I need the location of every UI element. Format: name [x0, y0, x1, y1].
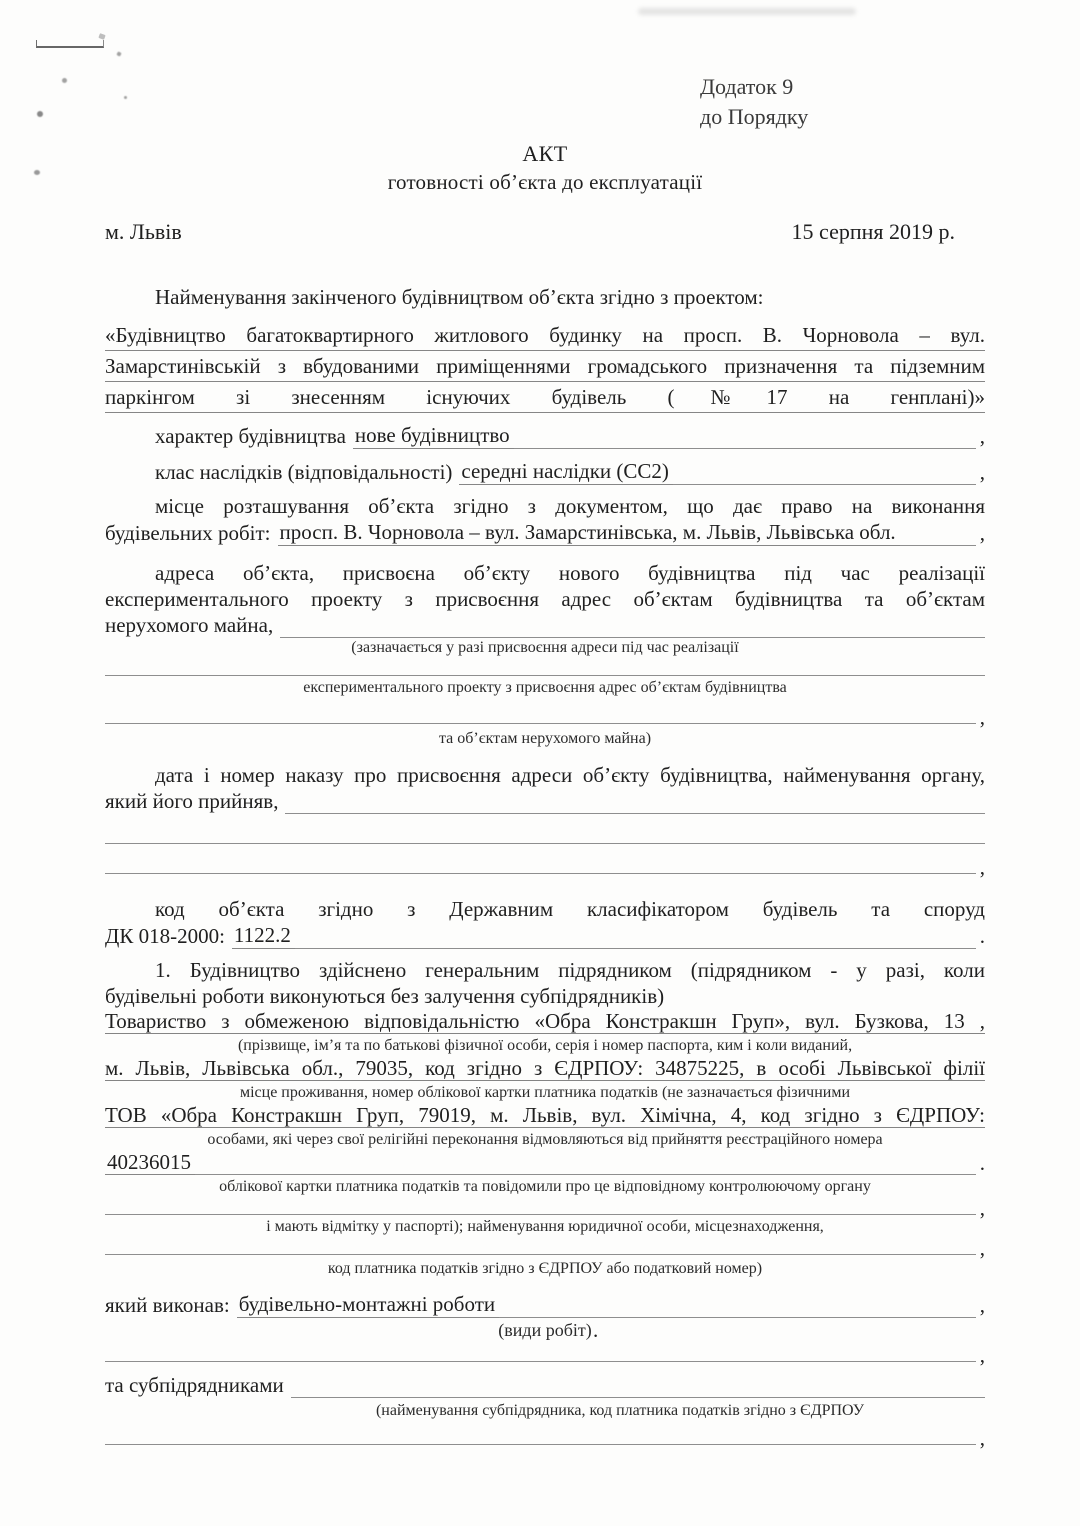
blank-line-3 — [105, 820, 985, 844]
place-date-row: м. Львів 15 серпня 2019 р. — [105, 218, 985, 246]
trailing-comma: , — [976, 1348, 985, 1362]
blank-rule — [105, 723, 976, 724]
class-blank — [673, 484, 976, 485]
location-line-1: місце розташування об’єкта згідно з доку… — [105, 493, 985, 519]
location-blank — [900, 545, 976, 546]
blank-rule — [105, 1254, 976, 1255]
hint-religious: особами, які через свої релігійні переко… — [105, 1130, 985, 1150]
hint-residence: місце проживання, номер облікової картки… — [105, 1083, 985, 1103]
trailing-comma: , — [976, 423, 985, 449]
class-row: клас наслідків (відповідальності) середн… — [105, 458, 985, 485]
place-label: м. Львів — [105, 218, 182, 246]
character-blank — [514, 448, 976, 449]
order-row: який його прийняв, — [105, 788, 985, 814]
hint-passport-mark: і мають відмітку у паспорті); найменуван… — [105, 1217, 985, 1237]
location-value: просп. В. Чорновола – вул. Замарстинівсь… — [278, 519, 900, 546]
document-body: АКТ готовності об’єкта до експлуатації м… — [105, 0, 985, 1445]
hint-taxcard: облікової картки платника податків та по… — [105, 1177, 985, 1197]
scan-speck — [62, 78, 67, 83]
subcontractor-row: та субпідрядниками — [105, 1372, 985, 1398]
stray-dot: . — [593, 1318, 598, 1343]
location-label: будівельних робіт: — [105, 520, 278, 546]
contractor-line-3: ТОВ «Обра Констракшн Груп, 79019, м. Льв… — [105, 1103, 985, 1128]
works-label: який виконав: — [105, 1292, 237, 1318]
contractor-code-value: 40236015 — [105, 1150, 195, 1175]
trailing-comma: , — [976, 860, 985, 874]
character-value: нове будівництво — [353, 422, 514, 449]
scan-speck — [37, 111, 43, 117]
address-row: нерухомого майна, — [105, 612, 985, 638]
hint-passport: (прізвище, ім’я та по батькові фізичної … — [105, 1036, 985, 1056]
blank-line-7: , — [105, 1344, 985, 1362]
subcontractor-label: та субпідрядниками — [105, 1372, 291, 1398]
address-label: нерухомого майна, — [105, 612, 280, 638]
address-hint-2: експериментального проекту з присвоєння … — [105, 678, 985, 698]
section1-line-2: будівельні роботи виконуються без залуче… — [105, 983, 985, 1009]
trailing-period: . — [976, 923, 985, 949]
trailing-comma: , — [976, 520, 985, 546]
scan-artifact-line — [36, 40, 104, 48]
blank-line-4: , — [105, 850, 985, 874]
works-row: який виконав: будівельно-монтажні роботи… — [105, 1291, 985, 1318]
intro-paragraph: Найменування закінченого будівництвом об… — [105, 284, 985, 310]
section1-line-1: 1. Будівництво здійснено генеральним під… — [105, 957, 985, 983]
blank-line-6: , — [105, 1237, 985, 1255]
trailing-comma: , — [976, 710, 985, 724]
code-row: ДК 018-2000: 1122.2 . — [105, 922, 985, 949]
code-label: ДК 018-2000: — [105, 923, 232, 949]
address-line-1: адреса об’єкта, присвоєна об’єкту нового… — [105, 560, 985, 586]
contractor-blank — [195, 1174, 976, 1175]
code-line-1: код об’єкта згідно з Державним класифіка… — [105, 896, 985, 922]
works-hint: (види робіт) — [105, 1320, 985, 1340]
blank-line-5: , — [105, 1197, 985, 1215]
trailing-comma: , — [976, 1292, 985, 1318]
trailing-comma: , — [976, 1241, 985, 1255]
address-hint-1: (зазначається у разі присвоєння адреси п… — [105, 638, 985, 658]
order-line-1: дата і номер наказу про присвоєння адрес… — [105, 762, 985, 788]
blank-rule — [105, 873, 976, 874]
subcontractor-hint: (найменування субпідрядника, код платник… — [105, 1401, 985, 1421]
blank-line-1 — [105, 658, 985, 676]
doc-subtitle: готовності об’єкта до експлуатації — [105, 168, 985, 196]
subcontractor-blank — [291, 1397, 985, 1398]
works-blank — [499, 1317, 976, 1318]
code-value: 1122.2 — [232, 922, 295, 949]
blank-rule — [105, 1361, 976, 1362]
project-name-line-1: «Будівництво багатоквартирного житлового… — [105, 320, 985, 351]
order-blank — [285, 813, 985, 814]
trailing-period: . — [976, 1151, 985, 1175]
contractor-line-1: Товариство з обмеженою відповідальністю … — [105, 1009, 985, 1034]
blank-line-2: , — [105, 702, 985, 724]
trailing-comma: , — [976, 1431, 985, 1445]
contractor-line-2: м. Львів, Львівська обл., 79035, код згі… — [105, 1056, 985, 1081]
contractor-row-4: 40236015 . — [105, 1150, 985, 1175]
scan-speck — [34, 170, 40, 175]
doc-title: АКТ — [105, 140, 985, 168]
blank-rule — [105, 1444, 976, 1445]
trailing-comma: , — [976, 1201, 985, 1215]
date-label: 15 серпня 2019 р. — [792, 218, 955, 246]
location-row: будівельних робіт: просп. В. Чорновола –… — [105, 519, 985, 546]
trailing-comma: , — [976, 459, 985, 485]
blank-rule — [105, 675, 985, 676]
blank-rule — [105, 1214, 976, 1215]
character-label: характер будівництва — [155, 423, 353, 449]
document-page: Додаток 9 до Порядку АКТ готовності об’є… — [0, 0, 1080, 1526]
works-value: будівельно-монтажні роботи — [237, 1291, 499, 1318]
blank-line-8: , — [105, 1427, 985, 1445]
project-name-line-2: Замарстинівській з вбудованими приміщенн… — [105, 351, 985, 382]
address-hint-3: та об’єктам нерухомого майна) — [105, 729, 985, 749]
project-name-line-3: паркінгом зі знесенням існуючих будівель… — [105, 382, 985, 413]
code-blank — [295, 948, 976, 949]
blank-rule — [105, 843, 985, 844]
hint-taxcode: код платника податків згідно з ЄДРПОУ аб… — [105, 1259, 985, 1279]
address-line-2: експериментального проекту з присвоєння … — [105, 586, 985, 612]
character-row: характер будівництва нове будівництво , — [105, 422, 985, 449]
order-label: який його прийняв, — [105, 788, 285, 814]
project-name-block: «Будівництво багатоквартирного житлового… — [105, 320, 985, 413]
class-value: середні наслідки (СС2) — [459, 458, 673, 485]
class-label: клас наслідків (відповідальності) — [155, 459, 459, 485]
